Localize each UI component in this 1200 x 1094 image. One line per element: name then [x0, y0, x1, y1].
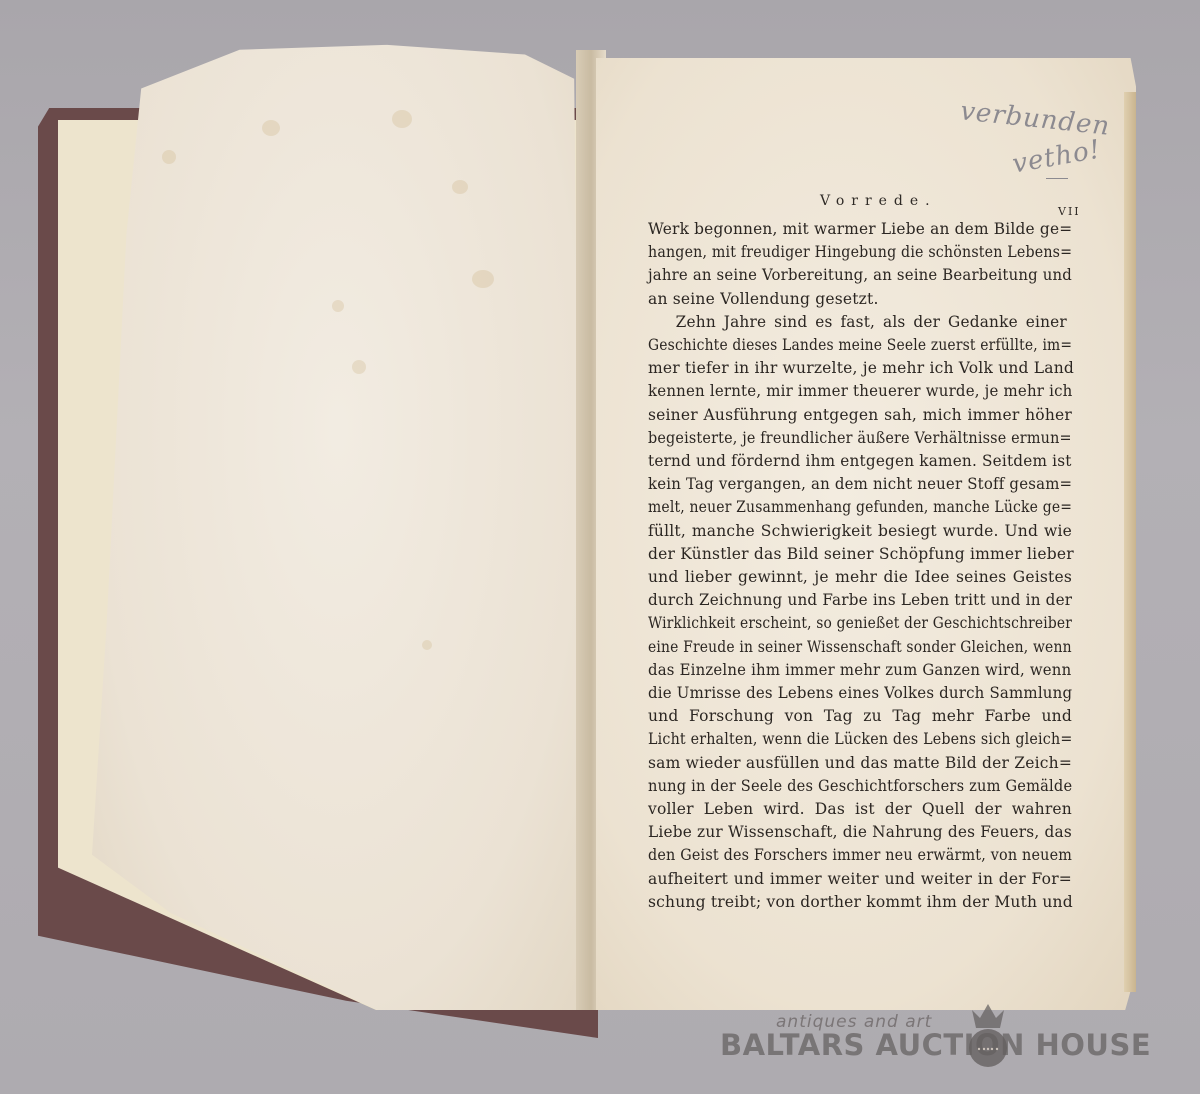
- text-line: mer tiefer in ihr wurzelte, je mehr ich …: [648, 357, 1072, 380]
- text-line: jahre an seine Vorbereitung, an seine Be…: [648, 264, 1055, 287]
- text-line: nung in der Seele des Geschichtforschers…: [648, 775, 1047, 798]
- page-number: VII: [1058, 205, 1081, 218]
- text-line: Licht erhalten, wenn die Lücken des Lebe…: [648, 728, 1038, 751]
- page-body-text: Werk begonnen, mit warmer Liebe an dem B…: [648, 218, 1072, 914]
- text-line: durch Zeichnung und Farbe ins Leben trit…: [648, 589, 1063, 612]
- text-line: schung treibt; von dorther kommt ihm der…: [648, 891, 1072, 914]
- text-line: Geschichte dieses Landes meine Seele zue…: [648, 334, 1027, 357]
- text-line: begeisterte, je freundlicher äußere Verh…: [648, 427, 1041, 450]
- blank-flyleaf-page: [92, 40, 584, 1010]
- text-line: eine Freude in seiner Wissenschaft sonde…: [648, 636, 1028, 659]
- page-edges: [1124, 92, 1136, 992]
- text-line: und lieber gewinnt, je mehr die Idee sei…: [648, 566, 1072, 589]
- text-line: sam wieder ausfüllen und das matte Bild …: [648, 752, 1072, 775]
- text-line: Werk begonnen, mit warmer Liebe an dem B…: [648, 218, 1068, 241]
- text-line: voller Leben wird. Das ist der Quell der…: [648, 798, 1072, 821]
- text-line: füllt, manche Schwierigkeit besiegt wurd…: [648, 520, 1072, 543]
- text-line: seiner Ausführung entgegen sah, mich imm…: [648, 404, 1072, 427]
- text-line: melt, neuer Zusammenhang gefunden, manch…: [648, 496, 1030, 519]
- crown-logo-icon: [968, 1002, 1008, 1070]
- book-photo: verbunden vetho! Vorrede. VII Werk begon…: [0, 0, 1200, 1094]
- text-line: und Forschung von Tag zu Tag mehr Farbe …: [648, 705, 1072, 728]
- pencil-underline: [1046, 178, 1068, 179]
- running-head: Vorrede.: [820, 193, 937, 209]
- text-line: hangen, mit freudiger Hingebung die schö…: [648, 241, 1036, 264]
- text-line: die Umrisse des Lebens eines Volkes durc…: [648, 682, 1058, 705]
- text-line: den Geist des Forschers immer neu erwärm…: [648, 844, 1041, 867]
- auction-house-watermark: antiques and art BALTARS AUCTION HOUSE: [720, 1000, 1140, 1070]
- text-line: ternd und fördernd ihm entgegen kamen. S…: [648, 450, 1065, 473]
- text-line: kennen lernte, mir immer theuerer wurde,…: [648, 380, 1058, 403]
- text-line: kein Tag vergangen, an dem nicht neuer S…: [648, 473, 1057, 496]
- text-line: Liebe zur Wissenschaft, die Nahrung des …: [648, 821, 1067, 844]
- text-line: an seine Vollendung gesetzt.: [648, 288, 1072, 311]
- text-line: Wirklichkeit erscheint, so genießet der …: [648, 612, 1026, 635]
- text-line: der Künstler das Bild seiner Schöpfung i…: [648, 543, 1072, 566]
- text-line: Zehn Jahre sind es fast, als der Gedanke…: [648, 311, 1067, 334]
- text-line: aufheitert und immer weiter und weiter i…: [648, 868, 1072, 891]
- text-line: das Einzelne ihm immer mehr zum Ganzen w…: [648, 659, 1055, 682]
- watermark-name: BALTARS AUCTION HOUSE: [720, 1028, 1151, 1062]
